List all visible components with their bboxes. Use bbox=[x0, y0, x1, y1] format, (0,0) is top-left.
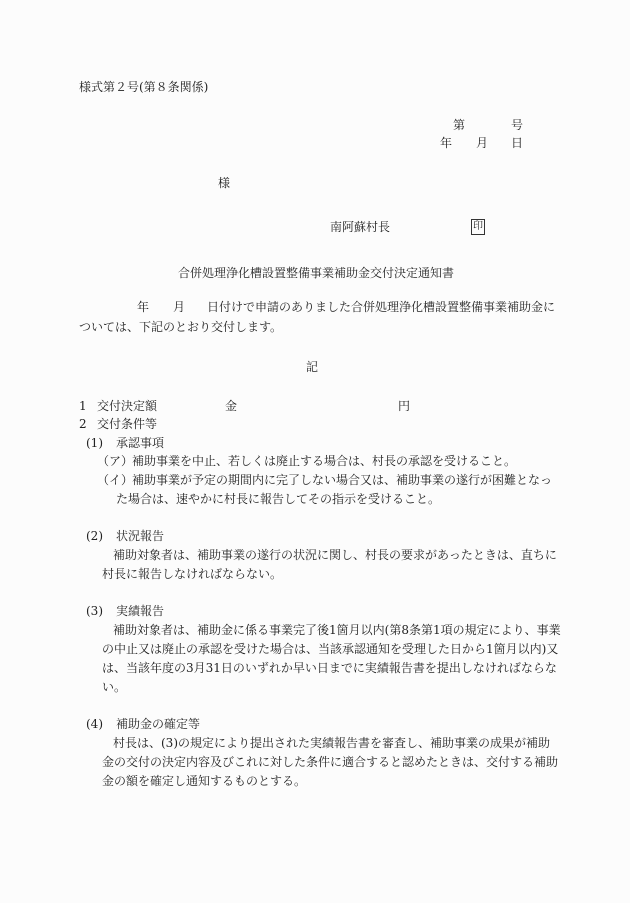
cond3-line2: の中止又は廃止の承認を受けた場合は、当該承認通知を受理した日から1箇月以内)又 bbox=[102, 642, 558, 656]
item1-num: 1 bbox=[79, 399, 87, 413]
cond3-heading: 実績報告 bbox=[116, 604, 164, 618]
intro-line1: 日付けで申請のありました合併処理浄化槽設置整備事業補助金に bbox=[207, 300, 555, 314]
intro-line2: ついては、下記のとおり交付します。 bbox=[79, 320, 282, 334]
date-month: 月 bbox=[476, 136, 488, 150]
cond4-line1: 村長は、(3)の規定により提出された実績報告書を審査し、補助事業の成果が補助 bbox=[113, 736, 550, 750]
cond1-sub-a-mark: （ア） bbox=[97, 454, 133, 468]
cond3-num: (3) bbox=[86, 604, 103, 618]
ref-no-suffix: 号 bbox=[511, 118, 523, 132]
issuer-name: 南阿蘇村長 bbox=[330, 220, 390, 234]
cond3-line4: い。 bbox=[102, 680, 126, 694]
item2-label: 交付条件等 bbox=[97, 417, 157, 431]
document-title: 合併処理浄化槽設置整備事業補助金交付決定通知書 bbox=[178, 266, 454, 280]
cond4-heading: 補助金の確定等 bbox=[116, 717, 200, 731]
intro-year: 年 bbox=[137, 300, 149, 314]
date-day: 日 bbox=[511, 136, 523, 150]
addressee-suffix: 様 bbox=[218, 176, 230, 190]
cond4-num: (4) bbox=[86, 717, 103, 731]
seal-icon: 印 bbox=[471, 219, 485, 235]
ki-heading: 記 bbox=[306, 360, 318, 374]
item1-label: 交付決定額 bbox=[97, 399, 157, 413]
intro-month: 月 bbox=[173, 300, 185, 314]
cond2-num: (2) bbox=[86, 529, 103, 543]
cond4-line3: 金の額を確定し通知するものとする。 bbox=[102, 774, 306, 788]
cond1-sub-i-line1: 補助事業が予定の期間内に完了しない場合又は、補助事業の遂行が困難となっ bbox=[132, 473, 552, 487]
cond1-num: (1) bbox=[86, 436, 103, 450]
item1-yen: 円 bbox=[398, 399, 410, 413]
cond3-line1: 補助対象者は、補助金に係る事業完了後1箇月以内(第8条第1項の規定により、事業 bbox=[113, 623, 561, 637]
cond2-heading: 状況報告 bbox=[116, 529, 164, 543]
cond3-line3: は、当該年度の3月31日のいずれか早い日までに実績報告書を提出しなければならな bbox=[102, 661, 557, 675]
cond1-sub-i-mark: （イ） bbox=[97, 473, 133, 487]
cond1-sub-a-line1: 補助事業を中止、若しくは廃止する場合は、村長の承認を受けること。 bbox=[132, 454, 516, 468]
cond4-line2: 金の交付の決定内容及びこれに対した条件に適合すると認めたときは、交付する補助 bbox=[102, 755, 558, 769]
cond1-heading: 承認事項 bbox=[116, 436, 164, 450]
cond1-sub-i-line2: た場合は、速やかに村長に報告してその指示を受けること。 bbox=[116, 492, 440, 506]
form-number: 様式第２号(第８条関係) bbox=[79, 80, 208, 94]
item1-kin: 金 bbox=[225, 399, 237, 413]
cond2-line2: 村長に報告しなければならない。 bbox=[102, 567, 282, 581]
ref-no-prefix: 第 bbox=[453, 118, 465, 132]
date-year: 年 bbox=[440, 136, 452, 150]
item2-num: 2 bbox=[79, 417, 87, 431]
cond2-line1: 補助対象者は、補助事業の遂行の状況に関し、村長の要求があったときは、直ちに bbox=[113, 548, 557, 562]
